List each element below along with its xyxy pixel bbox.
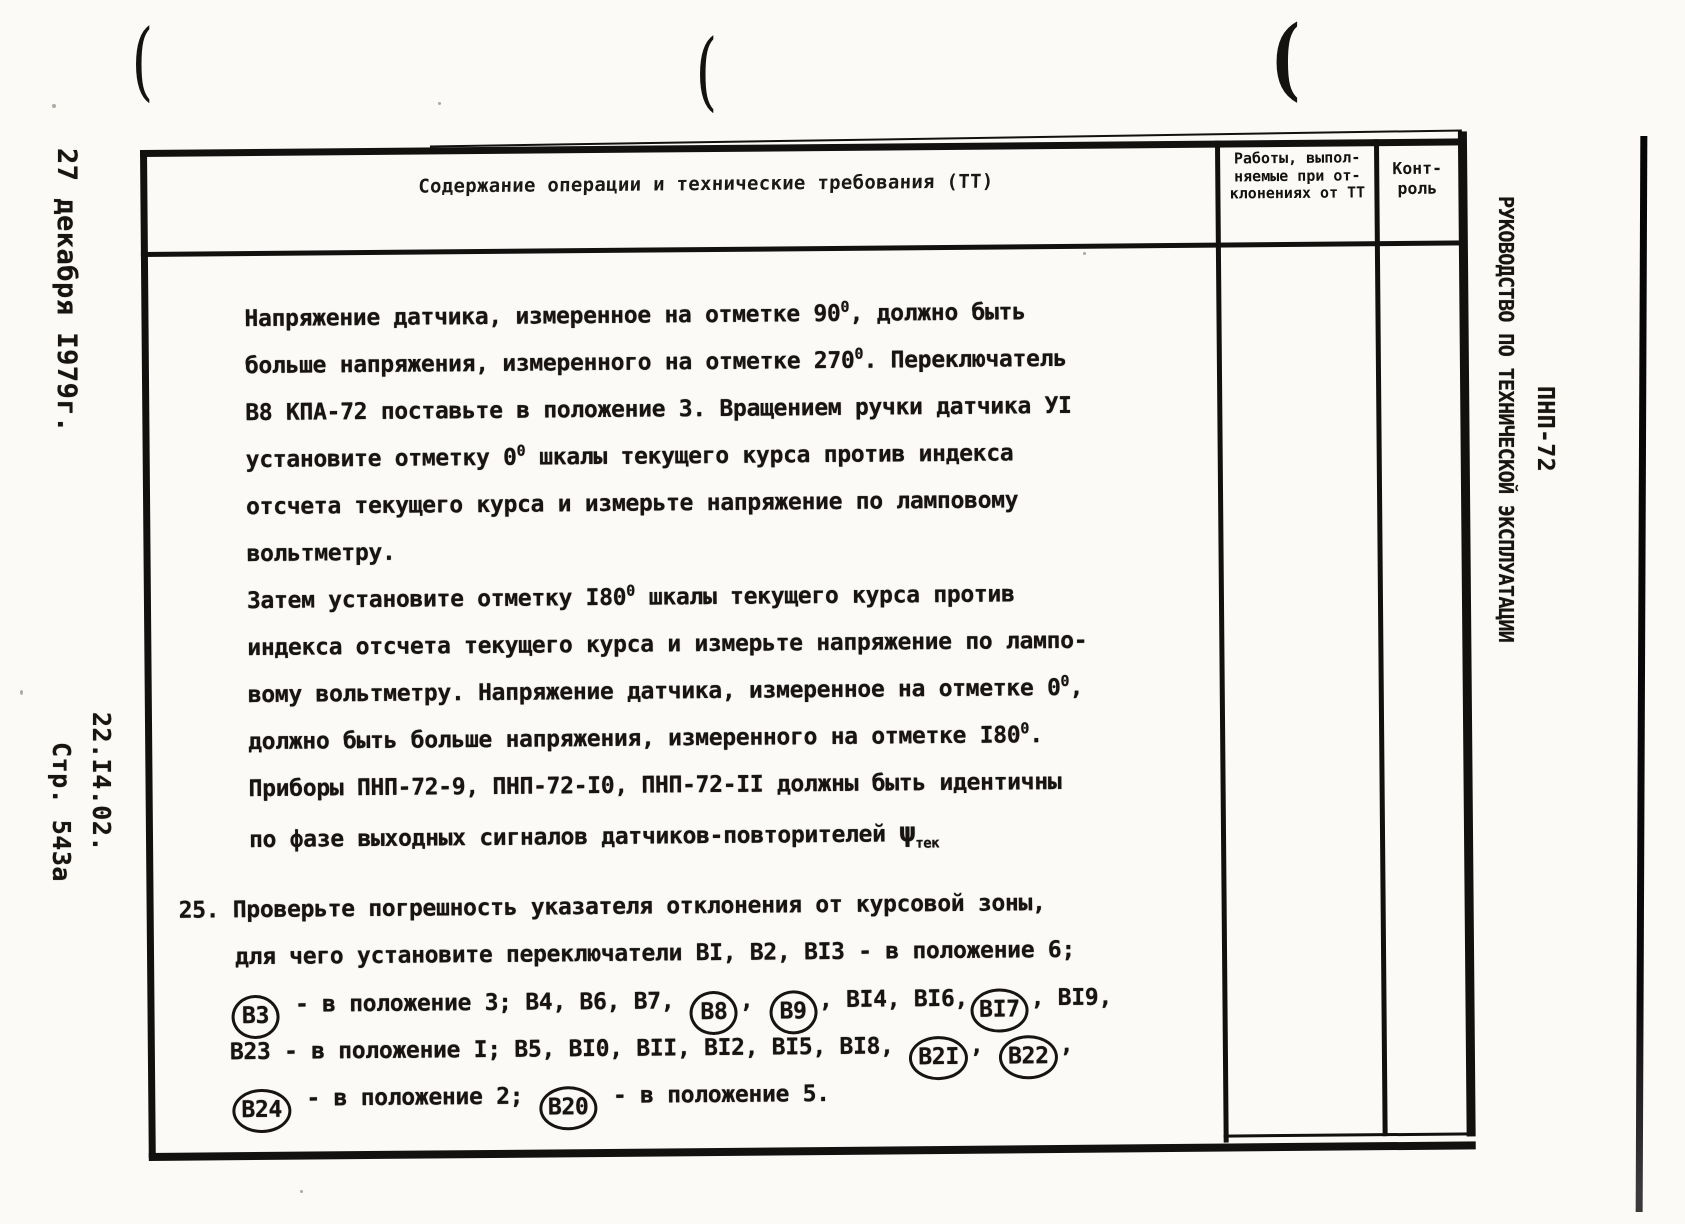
body-line: Затем установите отметку I800 шкалы теку… (247, 581, 1015, 614)
body-line: В3 - в положение 3; В4, В6, В7, В8, В9, … (229, 985, 1112, 1040)
body-text: шкалы текущего курса против (635, 581, 1015, 610)
body-text: по фазе выходных сигналов датчиков-повто… (249, 821, 899, 853)
body-text: вому вольтметру. Напряжение датчика, изм… (248, 675, 1061, 708)
psi-tek-symbol: ψтек (899, 817, 939, 848)
body-line: В24 - в положение 2; В20 - в положение 5… (230, 1081, 830, 1133)
body-text: отсчета текущего курса и измерьте напряж… (246, 487, 1018, 520)
header-deviations-column: Работы, выпол- няемые при от- клонениях … (1222, 149, 1372, 203)
circled-switch-label: В22 (999, 1035, 1058, 1080)
body-text: - в положение 2; (293, 1084, 537, 1112)
procedure-table: Содержание операции и технические требов… (0, 0, 1685, 1224)
body-text: больше напряжения, измеренного на отметк… (245, 348, 855, 379)
body-text: , должно быть (849, 299, 1025, 327)
body-text: установите отметку 0 (246, 445, 517, 473)
body-line: В23 - в положение I; В5, ВI0, ВII, ВI2, … (230, 1032, 1074, 1086)
body-text: В8 КПА-72 поставьте в положение 3. Враще… (245, 393, 1072, 426)
page: ( ( ( 27 декабря I979г. 22.I4.02. Стр. 5… (0, 0, 1685, 1224)
body-line: должно быть больше напряжения, измеренно… (248, 722, 1043, 755)
body-text: , (740, 988, 767, 1014)
table-bottom-double-line (1224, 1132, 1474, 1137)
column-divider-control (1374, 139, 1388, 1136)
body-text: индекса отсчета текущего курса и измерьт… (247, 628, 1087, 661)
circled-switch-label: В20 (539, 1086, 598, 1131)
degree-superscript: 0 (1020, 719, 1029, 737)
body-text: . Переключатель (863, 346, 1066, 374)
scanned-document-page: { "colors": { "ink": "#161412", "paper":… (0, 0, 1685, 1224)
psi-glyph: ψ (899, 817, 915, 848)
header-deviations-line: Работы, выпол- (1222, 149, 1372, 168)
body-text: - в положение 5. (599, 1081, 830, 1109)
header-control-line: Конт- (1378, 159, 1456, 179)
body-text: В23 - в положение I; В5, ВI0, ВII, ВI2, … (230, 1033, 908, 1065)
header-content-column: Содержание операции и технические требов… (418, 171, 994, 198)
degree-superscript: 0 (1060, 672, 1069, 690)
body-line: Приборы ПНП-72-9, ПНП-72-I0, ПНП-72-II д… (248, 769, 1061, 802)
body-line: по фазе выходных сигналов датчиков-повто… (249, 817, 939, 857)
body-text: вольтметру. (246, 540, 395, 567)
body-text: 25. Проверьте погрешность указателя откл… (179, 890, 1046, 924)
body-text: , (1060, 1032, 1074, 1058)
header-deviations-line: клонениях от ТТ (1222, 184, 1372, 203)
body-line: индекса отсчета текущего курса и измерьт… (247, 628, 1087, 661)
circled-switch-label: В2I (909, 1036, 968, 1081)
body-line: для чего установите переключатели ВI, В2… (235, 937, 1075, 970)
body-line: В8 КПА-72 поставьте в положение 3. Враще… (245, 393, 1072, 426)
circled-switch-label: В24 (232, 1089, 291, 1134)
table-bottom-border (149, 1141, 1476, 1161)
body-text: - в положение 3; В4, В6, В7, (281, 988, 688, 1018)
body-text: , ВI4, ВI6, (819, 986, 968, 1013)
table-right-border (1458, 131, 1476, 1136)
header-control-column: Конт- роль (1378, 159, 1456, 199)
header-control-line: роль (1378, 178, 1456, 198)
body-text: , (970, 1033, 997, 1059)
body-line: больше напряжения, измеренного на отметк… (245, 346, 1067, 379)
body-text: шкалы текущего курса против индекса (526, 440, 1014, 470)
circled-switch-label: В8 (690, 991, 738, 1035)
body-text: Напряжение датчика, измеренное на отметк… (244, 301, 840, 332)
body-text: для чего установите переключатели ВI, В2… (235, 937, 1075, 970)
degree-superscript: 0 (626, 582, 635, 600)
body-line: отсчета текущего курса и измерьте напряж… (246, 487, 1018, 520)
body-line: вольтметру. (246, 540, 395, 567)
psi-subscript: тек (915, 835, 939, 851)
body-line: Напряжение датчика, измеренное на отметк… (244, 299, 1025, 332)
table-left-border (140, 150, 156, 1158)
body-text: Затем установите отметку I80 (247, 585, 627, 614)
degree-superscript: 0 (517, 442, 526, 460)
circled-switch-label: ВI7 (970, 988, 1029, 1033)
body-line: 25. Проверьте погрешность указателя откл… (179, 890, 1046, 924)
body-text: Приборы ПНП-72-9, ПНП-72-I0, ПНП-72-II д… (248, 769, 1061, 802)
body-line: вому вольтметру. Напряжение датчика, изм… (248, 675, 1084, 708)
body-lines: Напряжение датчика, измеренное на отметк… (0, 0, 1684, 1)
column-divider-deviations (1215, 141, 1229, 1143)
circled-switch-label: В3 (231, 995, 279, 1039)
body-line: установите отметку 00 шкалы текущего кур… (246, 440, 1014, 473)
body-text: должно быть больше напряжения, измеренно… (248, 722, 1020, 755)
header-row-divider (141, 240, 1466, 257)
degree-superscript: 0 (854, 345, 863, 363)
body-text: . (1029, 722, 1043, 748)
body-text: , (1069, 675, 1083, 701)
circled-switch-label: В9 (769, 990, 817, 1034)
body-text: , ВI9, (1031, 985, 1113, 1012)
degree-superscript: 0 (840, 298, 849, 316)
